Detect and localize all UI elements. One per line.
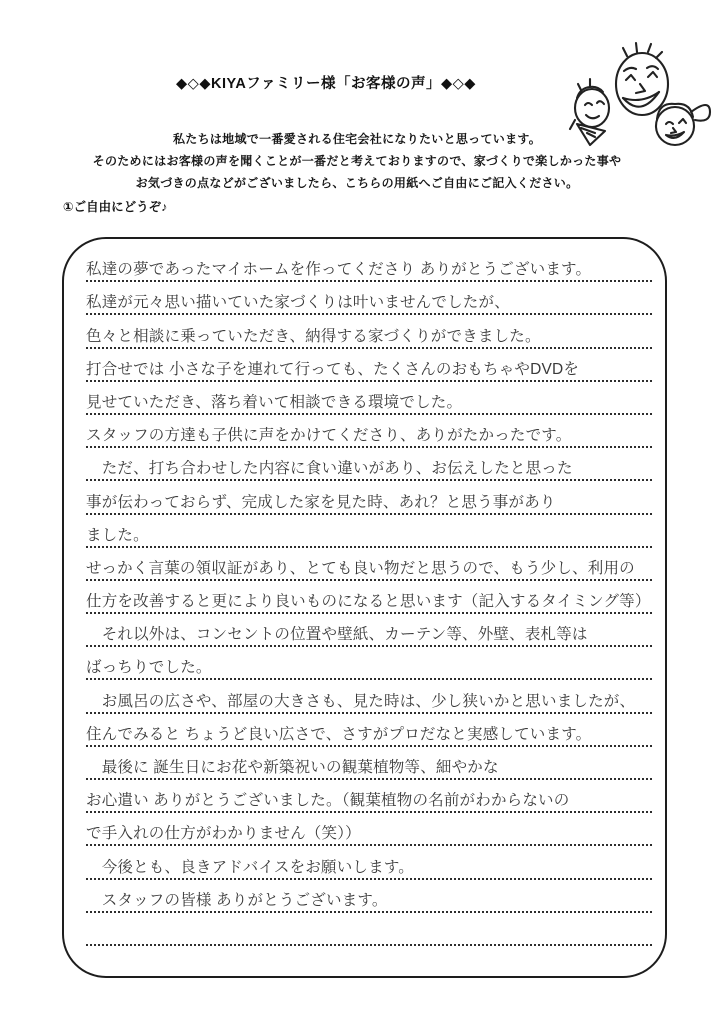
intro-line: そのためにはお客様の声を聞くことが一番だと考えておりますので、家づくりで楽しかっ…	[0, 150, 714, 172]
intro-text: 私たちは地域で一番愛される住宅会社になりたいと思っています。 そのためにはお客様…	[0, 128, 714, 194]
page-title: ◆◇◆KIYAファミリー様「お客様の声」◆◇◆	[0, 72, 652, 93]
handwritten-line: それ以外は、コンセントの位置や壁紙、カーテン等、外壁、表札等は	[86, 614, 652, 647]
handwritten-line: 色々と相談に乗っていただき、納得する家づくりができました。	[86, 315, 652, 348]
handwritten-line: 私達の夢であったマイホームを作ってくださり ありがとうございます。	[86, 249, 652, 282]
handwritten-line: 仕方を改善すると更により良いものになると思います（記入するタイミング等）	[86, 581, 652, 614]
handwritten-line: 打合せでは 小さな子を連れて行っても、たくさんのおもちゃやDVDを	[86, 349, 652, 382]
customer-voice-sheet: ◆◇◆KIYAファミリー様「お客様の声」◆◇◆	[0, 0, 724, 1024]
handwritten-line: せっかく言葉の領収証があり、とても良い物だと思うので、もう少し、利用の	[86, 548, 652, 581]
ruled-lines-area: 私達の夢であったマイホームを作ってくださり ありがとうございます。 私達が元々思…	[64, 239, 665, 946]
handwritten-line: で手入れの仕方がわかりません（笑））	[86, 813, 652, 846]
feedback-box: 私達の夢であったマイホームを作ってくださり ありがとうございます。 私達が元々思…	[62, 237, 667, 978]
handwritten-line: 事が伝わっておらず、完成した家を見た時、あれ？と思う事があり	[86, 481, 652, 514]
handwritten-line: 今後とも、良きアドバイスをお願いします。	[86, 846, 652, 879]
handwritten-line: 私達が元々思い描いていた家づくりは叶いませんでしたが、	[86, 282, 652, 315]
handwritten-line: ただ、打ち合わせした内容に食い違いがあり、お伝えしたと思った	[86, 448, 652, 481]
handwritten-line: お心遣い ありがとうございました。（観葉植物の名前がわからないの	[86, 780, 652, 813]
handwritten-line: ばっちりでした。	[86, 647, 652, 680]
handwritten-line: スタッフの皆様 ありがとうございます。	[86, 880, 652, 913]
intro-line: 私たちは地域で一番愛される住宅会社になりたいと思っています。	[0, 128, 714, 150]
handwritten-line: 見せていただき、落ち着いて相談できる環境でした。	[86, 382, 652, 415]
handwritten-line: 最後に 誕生日にお花や新築祝いの観葉植物等、細やかな	[86, 747, 652, 780]
free-comment-prompt-label: ①ご自由にどうぞ♪	[63, 197, 167, 215]
handwritten-line: 住んでみると ちょうど良い広さで、さすがプロだなと実感しています。	[86, 714, 652, 747]
handwritten-line: お風呂の広さや、部屋の大きさも、見た時は、少し狭いかと思いましたが、	[86, 680, 652, 713]
intro-line: お気づきの点などがございましたら、こちらの用紙へご自由にご記入ください。	[0, 172, 714, 194]
handwritten-line: ました。	[86, 515, 652, 548]
handwritten-line-empty	[86, 913, 652, 946]
handwritten-line: スタッフの方達も子供に声をかけてくださり、ありがたかったです。	[86, 415, 652, 448]
